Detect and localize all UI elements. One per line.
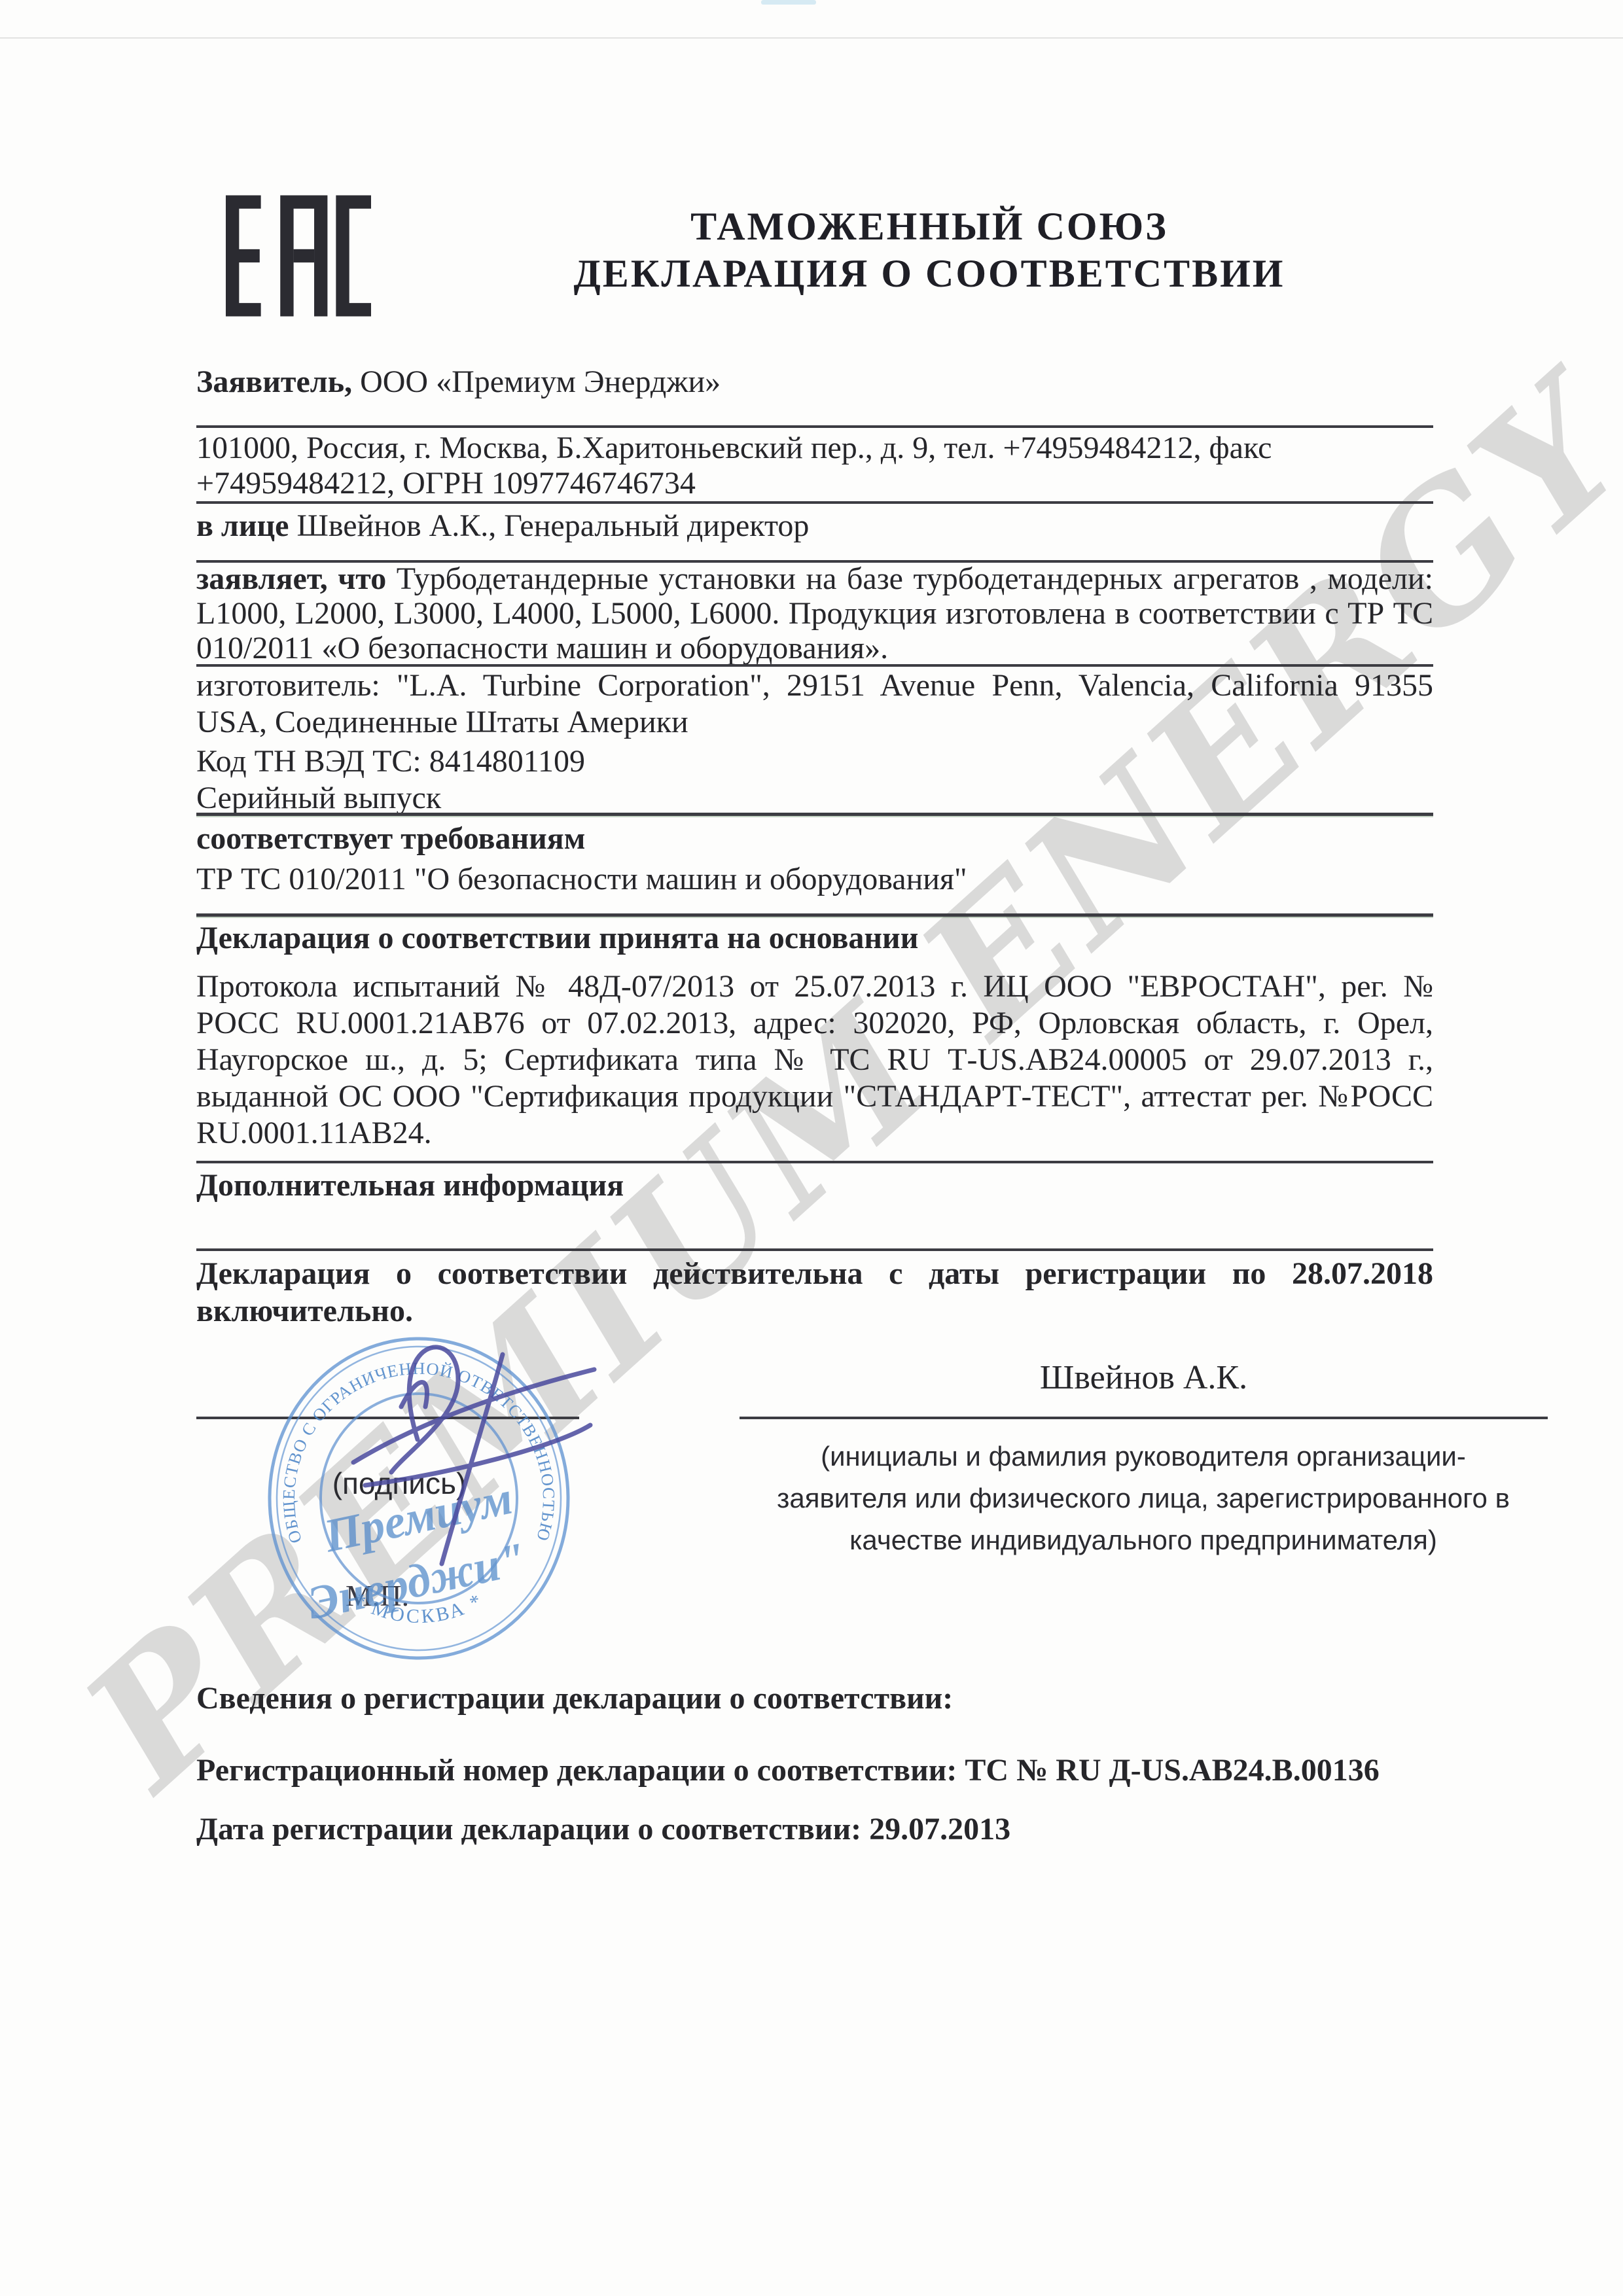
basis-label: Декларация о соответствии принята на осн… — [196, 920, 1433, 957]
divider-line — [196, 1248, 1433, 1251]
divider-line — [196, 664, 1433, 667]
applicant-value: ООО «Премиум Энерджи» — [360, 364, 721, 399]
declares-row: заявляет, что Турбодетандерные установки… — [196, 561, 1433, 665]
registration-number: Регистрационный номер декларации о соотв… — [196, 1752, 1433, 1789]
eac-logo-icon — [226, 192, 371, 320]
eac-logo — [226, 192, 371, 323]
signature-icon — [314, 1318, 622, 1593]
divider-line — [196, 913, 1433, 917]
additional-info-label: Дополнительная информация — [196, 1167, 1433, 1204]
in-person-label: в лице — [196, 508, 296, 543]
registration-date: Дата регистрации декларации о соответств… — [196, 1811, 1433, 1848]
title-line-1: ТАМОЖЕННЫЙ СОЮЗ — [419, 203, 1440, 250]
registration-info-label: Сведения о регистрации декларации о соот… — [196, 1680, 1433, 1717]
tnved-code-row: Код ТН ВЭД ТС: 8414801109 — [196, 743, 1433, 780]
declaration-document: PREMIUM ENERGY ТАМОЖЕННЫЙ СОЮЗ ДЕКЛАРАЦИ… — [0, 0, 1623, 2296]
applicant-row: Заявитель, ООО «Премиум Энерджи» — [196, 364, 1433, 400]
divider-line — [196, 501, 1433, 504]
applicant-label: Заявитель, — [196, 364, 360, 399]
applicant-address: 101000, Россия, г. Москва, Б.Харитоньевс… — [196, 431, 1433, 501]
manufacturer-row: изготовитель: "L.A. Turbine Corporation"… — [196, 667, 1433, 741]
in-person-value: Швейнов А.К., Генеральный директор — [296, 508, 809, 543]
declares-label: заявляет, что — [196, 561, 397, 596]
name-line — [740, 1417, 1548, 1419]
divider-line — [196, 1161, 1433, 1163]
complies-value: ТР ТС 010/2011 "О безопасности машин и о… — [196, 861, 1433, 898]
head-name: Швейнов А.К. — [740, 1358, 1548, 1397]
scan-line-artifact — [0, 37, 1623, 39]
head-name-caption: (инициалы и фамилия руководителя организ… — [754, 1436, 1533, 1561]
scan-smudge-artifact — [761, 0, 816, 5]
basis-value: Протокола испытаний № 48Д-07/2013 от 25.… — [196, 968, 1433, 1152]
serial-row: Серийный выпуск — [196, 780, 1433, 817]
divider-line — [196, 425, 1433, 428]
handwritten-signature — [314, 1318, 622, 1597]
in-person-row: в лице Швейнов А.К., Генеральный директо… — [196, 508, 1433, 544]
document-title: ТАМОЖЕННЫЙ СОЮЗ ДЕКЛАРАЦИЯ О СООТВЕТСТВИ… — [419, 203, 1440, 297]
divider-line — [196, 813, 1433, 816]
complies-label: соответствует требованиям — [196, 821, 1433, 857]
title-line-2: ДЕКЛАРАЦИЯ О СООТВЕТСТВИИ — [419, 250, 1440, 297]
